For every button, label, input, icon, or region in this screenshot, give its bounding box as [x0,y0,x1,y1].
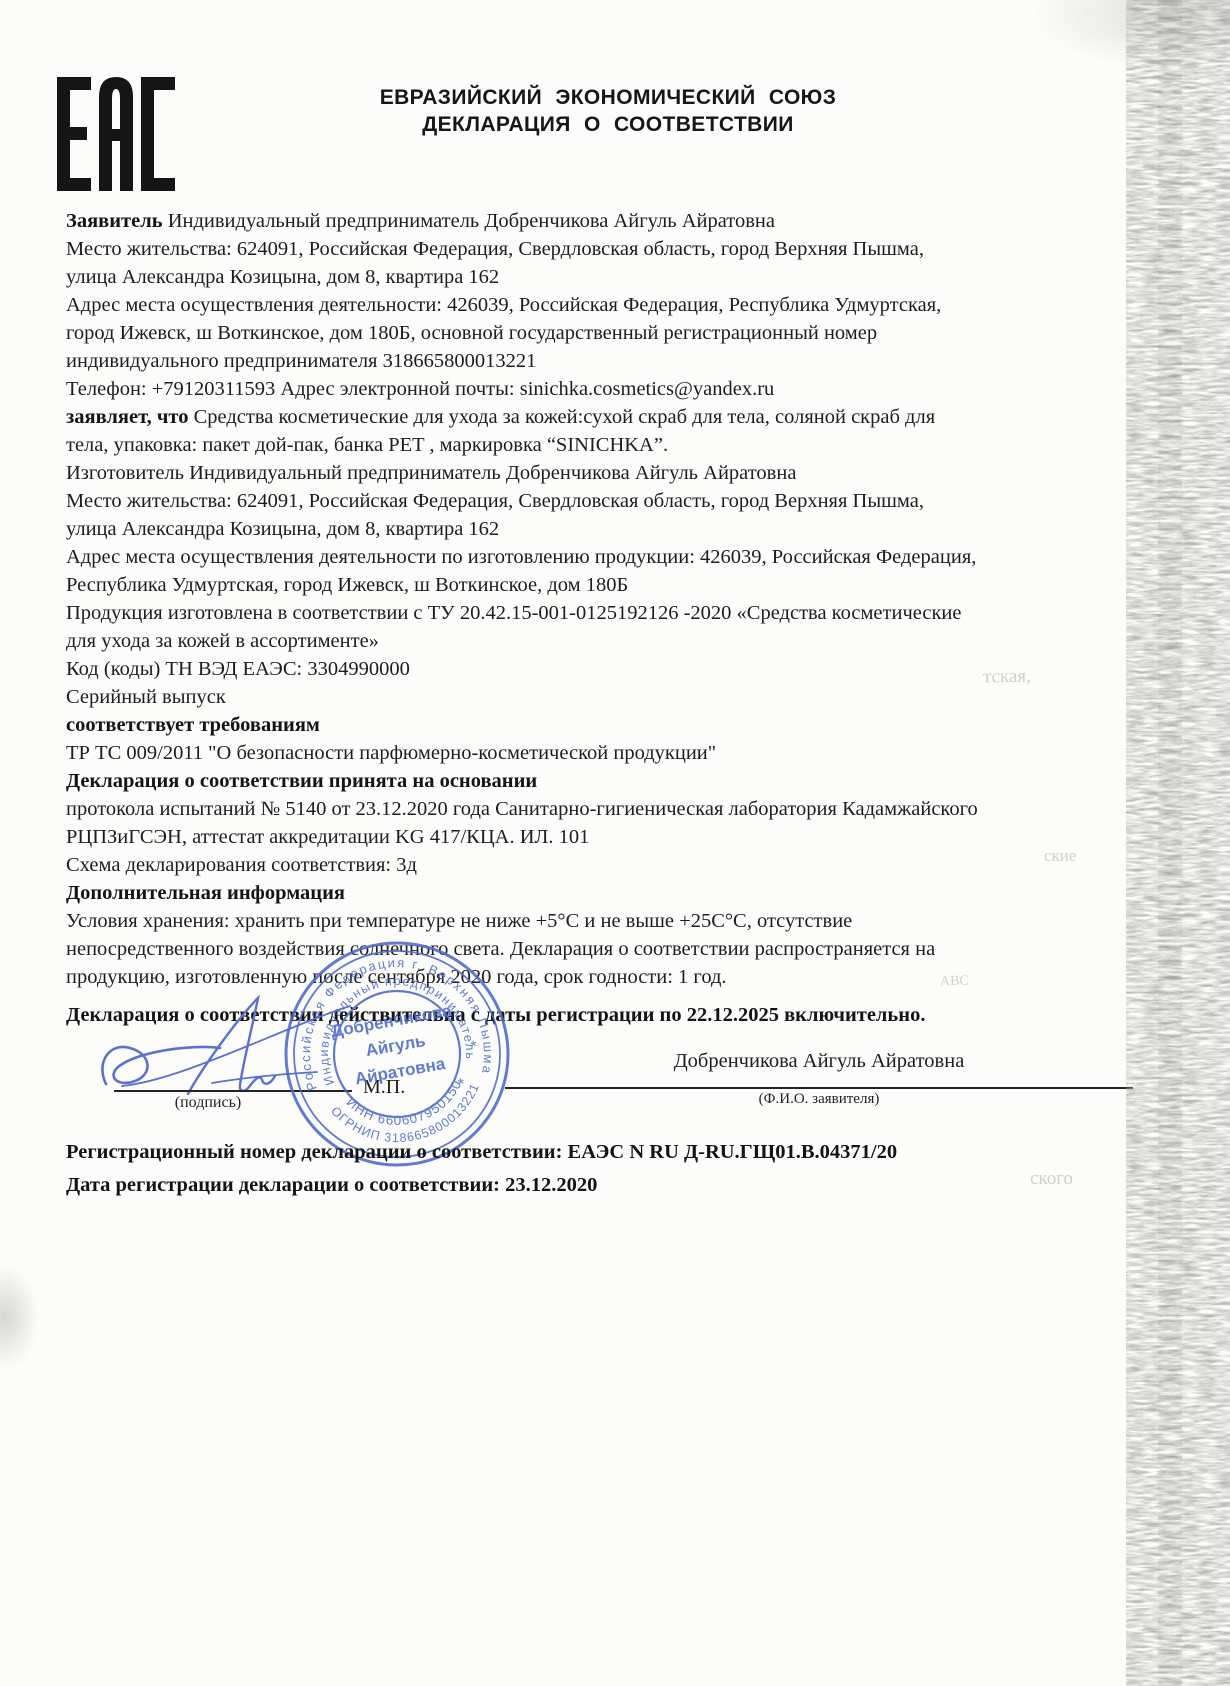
doc-line: непосредственного воздействия солнечного… [66,935,1146,963]
doc-text-segment: Продукция изготовлена в соответствии с Т… [66,602,962,624]
doc-text-segment: РЦПЗиГСЭН, аттестат аккредитации KG 417/… [66,826,589,848]
doc-text-segment: тела, упаковка: пакет дой-пак, банка PET… [66,434,668,456]
scanner-streak [1158,0,1182,1686]
bleed-text-fragment: АВС [940,974,969,991]
doc-line: Республика Удмуртская, город Ижевск, ш В… [66,571,1146,599]
doc-line: заявляет, что Средства косметические для… [66,403,1146,431]
stamp-center-line2: Айгуль [364,1031,427,1060]
doc-line: Адрес места осуществления деятельности: … [66,291,1146,319]
header-doc-line: ДЕКЛАРАЦИЯ О СООТВЕТСТВИИ [330,111,886,138]
doc-text-segment: улица Александра Козицына, дом 8, кварти… [66,266,499,288]
doc-text-segment: индивидуального предпринимателя 31866580… [66,350,536,372]
document-body: Заявитель Индивидуальный предприниматель… [66,207,1146,991]
doc-text-segment: Индивидуальный предприниматель Добренчик… [163,210,775,232]
doc-line: Место жительства: 624091, Российская Фед… [66,235,1146,263]
signature-caption: (подпись) [133,1094,283,1112]
applicant-name-caption: (Ф.И.О. заявителя) [505,1091,1133,1108]
doc-line: ТР ТС 009/2011 "О безопасности парфюмерн… [66,739,1146,767]
applicant-name: Добренчикова Айгуль Айратовна [505,1050,1133,1073]
doc-line: улица Александра Козицына, дом 8, кварти… [66,263,1146,291]
registration-date-line: Дата регистрации декларации о соответств… [66,1174,597,1197]
doc-line: Дополнительная информация [66,879,1146,907]
doc-line: Декларация о соответствии принята на осн… [66,767,1146,795]
doc-text-segment: Дополнительная информация [66,882,345,904]
doc-text-segment: ТР ТС 009/2011 "О безопасности парфюмерн… [66,742,716,764]
doc-text-segment: город Ижевск, ш Воткинское, дом 180Б, ос… [66,322,877,344]
doc-text-segment: Декларация о соответствии принята на осн… [66,770,537,792]
doc-line: Условия хранения: хранить при температур… [66,907,1146,935]
doc-text-segment: Республика Удмуртская, город Ижевск, ш В… [66,574,628,596]
doc-line: Заявитель Индивидуальный предприниматель… [66,207,1146,235]
doc-text-segment: Место жительства: 624091, Российская Фед… [66,490,924,512]
scan-smudge-top-right [1030,0,1230,70]
doc-text-segment: соответствует требованиям [66,714,320,736]
doc-text-segment: для ухода за кожей в ассортименте» [66,630,379,652]
applicant-name-line [505,1087,1133,1089]
doc-line: Схема декларирования соответствия: 3д [66,851,1146,879]
registration-number-line: Регистрационный номер декларации о соотв… [66,1141,897,1164]
eac-logo [57,77,175,191]
doc-line: РЦПЗиГСЭН, аттестат аккредитации KG 417/… [66,823,1146,851]
doc-line: индивидуального предпринимателя 31866580… [66,347,1146,375]
doc-line: продукцию, изготовленную после сентября … [66,963,1146,991]
bleed-text-fragment: ского [1030,1168,1073,1190]
doc-line: для ухода за кожей в ассортименте» [66,627,1146,655]
doc-text-segment: Серийный выпуск [66,686,226,708]
doc-text-segment: Заявитель [66,210,163,232]
doc-text-segment: заявляет, что [66,406,188,428]
doc-line: соответствует требованиям [66,711,1146,739]
bleed-text-fragment: тская, [983,666,1031,689]
header-org-line: ЕВРАЗИЙСКИЙ ЭКОНОМИЧЕСКИЙ СОЮЗ [330,84,886,111]
document-header: ЕВРАЗИЙСКИЙ ЭКОНОМИЧЕСКИЙ СОЮЗ ДЕКЛАРАЦИ… [330,84,886,138]
doc-line: Продукция изготовлена в соответствии с Т… [66,599,1146,627]
doc-text-segment: улица Александра Козицына, дом 8, кварти… [66,518,499,540]
doc-line: Адрес места осуществления деятельности п… [66,543,1146,571]
declaration-document-page: ЕВРАЗИЙСКИЙ ЭКОНОМИЧЕСКИЙ СОЮЗ ДЕКЛАРАЦИ… [0,0,1230,1686]
doc-text-segment: Схема декларирования соответствия: 3д [66,854,417,876]
bleed-text-fragment: ские [1044,846,1076,866]
doc-text-segment: Код (коды) ТН ВЭД ЕАЭС: 3304990000 [66,658,410,680]
doc-line: протокола испытаний № 5140 от 23.12.2020… [66,795,1146,823]
doc-text-segment: протокола испытаний № 5140 от 23.12.2020… [66,798,978,820]
doc-line: тела, упаковка: пакет дой-пак, банка PET… [66,431,1146,459]
doc-line: Место жительства: 624091, Российская Фед… [66,487,1146,515]
doc-text-segment: непосредственного воздействия солнечного… [66,938,935,960]
doc-text-segment: Изготовитель Индивидуальный предпринимат… [66,462,796,484]
doc-text-segment: Адрес места осуществления деятельности п… [66,546,976,568]
doc-text-segment: Средства косметические для ухода за коже… [188,406,935,428]
scan-smudge-left-edge [0,1262,40,1372]
doc-line: Изготовитель Индивидуальный предпринимат… [66,459,1146,487]
doc-line: Телефон: +79120311593 Адрес электронной … [66,375,1146,403]
doc-text-segment: Место жительства: 624091, Российская Фед… [66,238,924,260]
doc-line: город Ижевск, ш Воткинское, дом 180Б, ос… [66,319,1146,347]
doc-line: улица Александра Козицына, дом 8, кварти… [66,515,1146,543]
doc-text-segment: Адрес места осуществления деятельности: … [66,294,941,316]
doc-text-segment: Телефон: +79120311593 Адрес электронной … [66,378,774,400]
